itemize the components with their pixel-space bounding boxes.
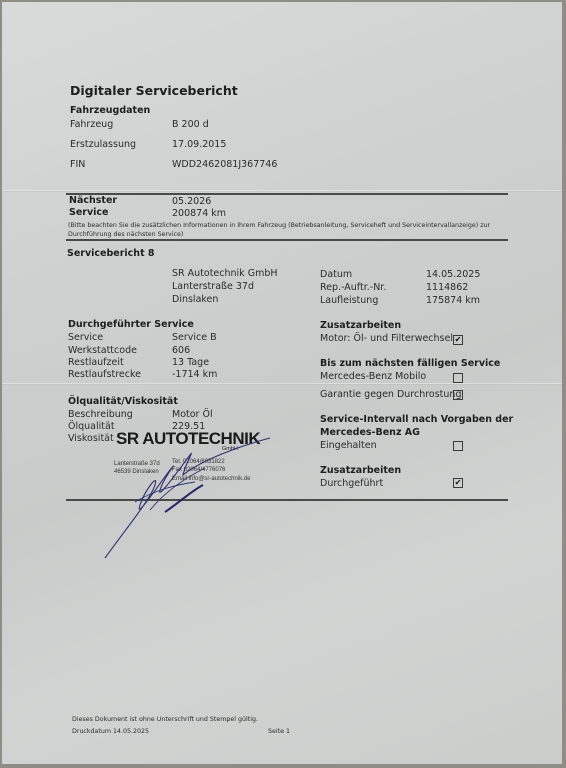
oil-description-label: Beschreibung — [68, 409, 133, 420]
workshop-code-label: Werkstattcode — [68, 345, 137, 356]
order-number-label: Rep.-Auftr.-Nr. — [320, 282, 386, 293]
oil-heading: Ölqualität/Viskosität — [68, 396, 178, 407]
validity-note: Dieses Dokument ist ohne Unterschrift un… — [72, 716, 258, 723]
interval-heading-1: Service-Intervall nach Vorgaben der — [320, 414, 513, 425]
paper-fold — [2, 190, 562, 192]
vehicle-section-heading: Fahrzeugdaten — [70, 105, 150, 116]
vehicle-value: B 200 d — [172, 119, 209, 130]
interval-kept-label: Eingehalten — [320, 440, 377, 451]
first-registration-value: 17.09.2015 — [172, 139, 226, 150]
oil-filter-change-checkbox[interactable]: ✔ — [453, 335, 463, 345]
additional-work-2-heading: Zusatzarbeiten — [320, 465, 401, 476]
performed-checkbox[interactable]: ✔ — [453, 478, 463, 488]
signature — [95, 430, 285, 560]
until-next-service-heading: Bis zum nächsten fälligen Service — [320, 358, 500, 369]
rust-warranty-label: Garantie gegen Durchrostung — [320, 389, 461, 400]
next-service-date: 05.2026 — [172, 196, 211, 207]
service-report-paper — [2, 2, 562, 764]
performed-service-heading: Durchgeführter Service — [68, 319, 194, 330]
oil-filter-change-label: Motor: Öl- und Filterwechsel — [320, 333, 453, 344]
service-value: Service B — [172, 332, 217, 343]
page-number: Seite 1 — [268, 728, 290, 735]
divider — [66, 193, 508, 195]
first-registration-label: Erstzulassung — [70, 139, 136, 150]
additional-work-heading: Zusatzarbeiten — [320, 320, 401, 331]
remaining-time-label: Restlaufzeit — [68, 357, 124, 368]
interval-heading-2: Mercedes-Benz AG — [320, 427, 420, 438]
print-date: Druckdatum 14.05.2025 — [72, 728, 149, 735]
mileage-label: Laufleistung — [320, 295, 378, 306]
service-label: Service — [68, 332, 103, 343]
workshop-city: Dinslaken — [172, 294, 218, 305]
mileage-value: 175874 km — [426, 295, 480, 306]
next-service-note: (Bitte beachten Sie die zusätzlichen Inf… — [68, 221, 506, 239]
next-service-heading-2: Service — [69, 207, 109, 218]
next-service-heading-1: Nächster — [69, 195, 117, 206]
vin-value: WDD2462081J367746 — [172, 159, 277, 170]
interval-kept-checkbox[interactable] — [453, 441, 463, 451]
date-value: 14.05.2025 — [426, 269, 480, 280]
date-label: Datum — [320, 269, 352, 280]
divider — [66, 239, 508, 241]
order-number-value: 1114862 — [426, 282, 468, 293]
mobilo-checkbox[interactable] — [453, 373, 463, 383]
remaining-distance-value: -1714 km — [172, 369, 217, 380]
vehicle-label: Fahrzeug — [70, 119, 113, 130]
remaining-distance-label: Restlaufstrecke — [68, 369, 141, 380]
workshop-name: SR Autotechnik GmbH — [172, 268, 278, 279]
vin-label: FIN — [70, 159, 85, 170]
next-service-mileage: 200874 km — [172, 208, 226, 219]
mobilo-label: Mercedes-Benz Mobilo — [320, 371, 426, 382]
workshop-street: Lanterstraße 37d — [172, 281, 254, 292]
remaining-time-value: 13 Tage — [172, 357, 209, 368]
oil-description-value: Motor Öl — [172, 409, 213, 420]
workshop-code-value: 606 — [172, 345, 190, 356]
rust-warranty-checkbox[interactable] — [453, 390, 463, 400]
paper-fold — [2, 383, 562, 385]
report-heading: Servicebericht 8 — [67, 248, 155, 259]
document-title: Digitaler Servicebericht — [70, 83, 238, 98]
performed-label: Durchgeführt — [320, 478, 383, 489]
